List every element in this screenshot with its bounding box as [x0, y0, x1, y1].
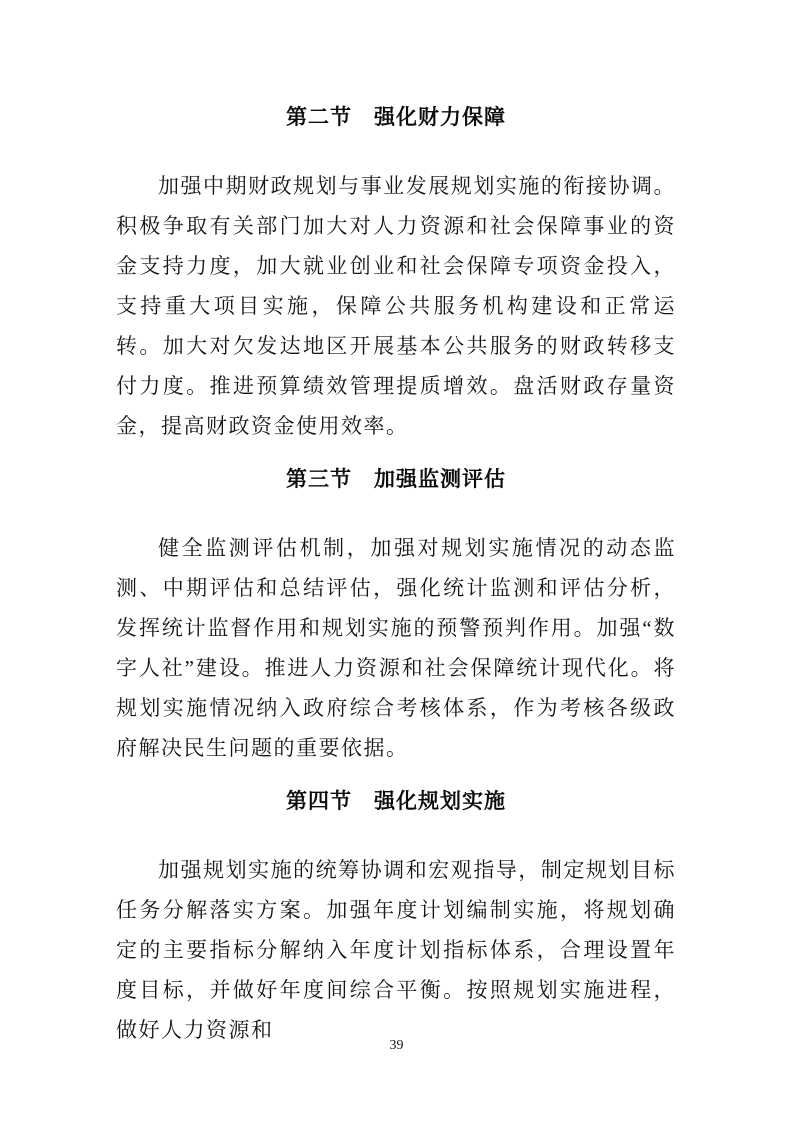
section-2: 第二节 强化财力保障 加强中期财政规划与事业发展规划实施的衔接协调。积极争取有关…	[116, 104, 676, 446]
section-heading: 第二节 强化财力保障	[116, 104, 676, 132]
section-heading: 第四节 强化规划实施	[116, 788, 676, 816]
document-page: 第二节 强化财力保障 加强中期财政规划与事业发展规划实施的衔接协调。积极争取有关…	[0, 0, 793, 1122]
page-number: 39	[0, 1038, 793, 1054]
section-paragraph: 健全监测评估机制，加强对规划实施情况的动态监测、中期评估和总结评估，强化统计监测…	[116, 528, 676, 768]
section-paragraph: 加强规划实施的统筹协调和宏观指导，制定规划目标任务分解落实方案。加强年度计划编制…	[116, 850, 676, 1050]
section-4: 第四节 强化规划实施 加强规划实施的统筹协调和宏观指导，制定规划目标任务分解落实…	[116, 788, 676, 1050]
section-heading: 第三节 加强监测评估	[116, 466, 676, 494]
section-paragraph: 加强中期财政规划与事业发展规划实施的衔接协调。积极争取有关部门加大对人力资源和社…	[116, 166, 676, 446]
section-3: 第三节 加强监测评估 健全监测评估机制，加强对规划实施情况的动态监测、中期评估和…	[116, 466, 676, 768]
